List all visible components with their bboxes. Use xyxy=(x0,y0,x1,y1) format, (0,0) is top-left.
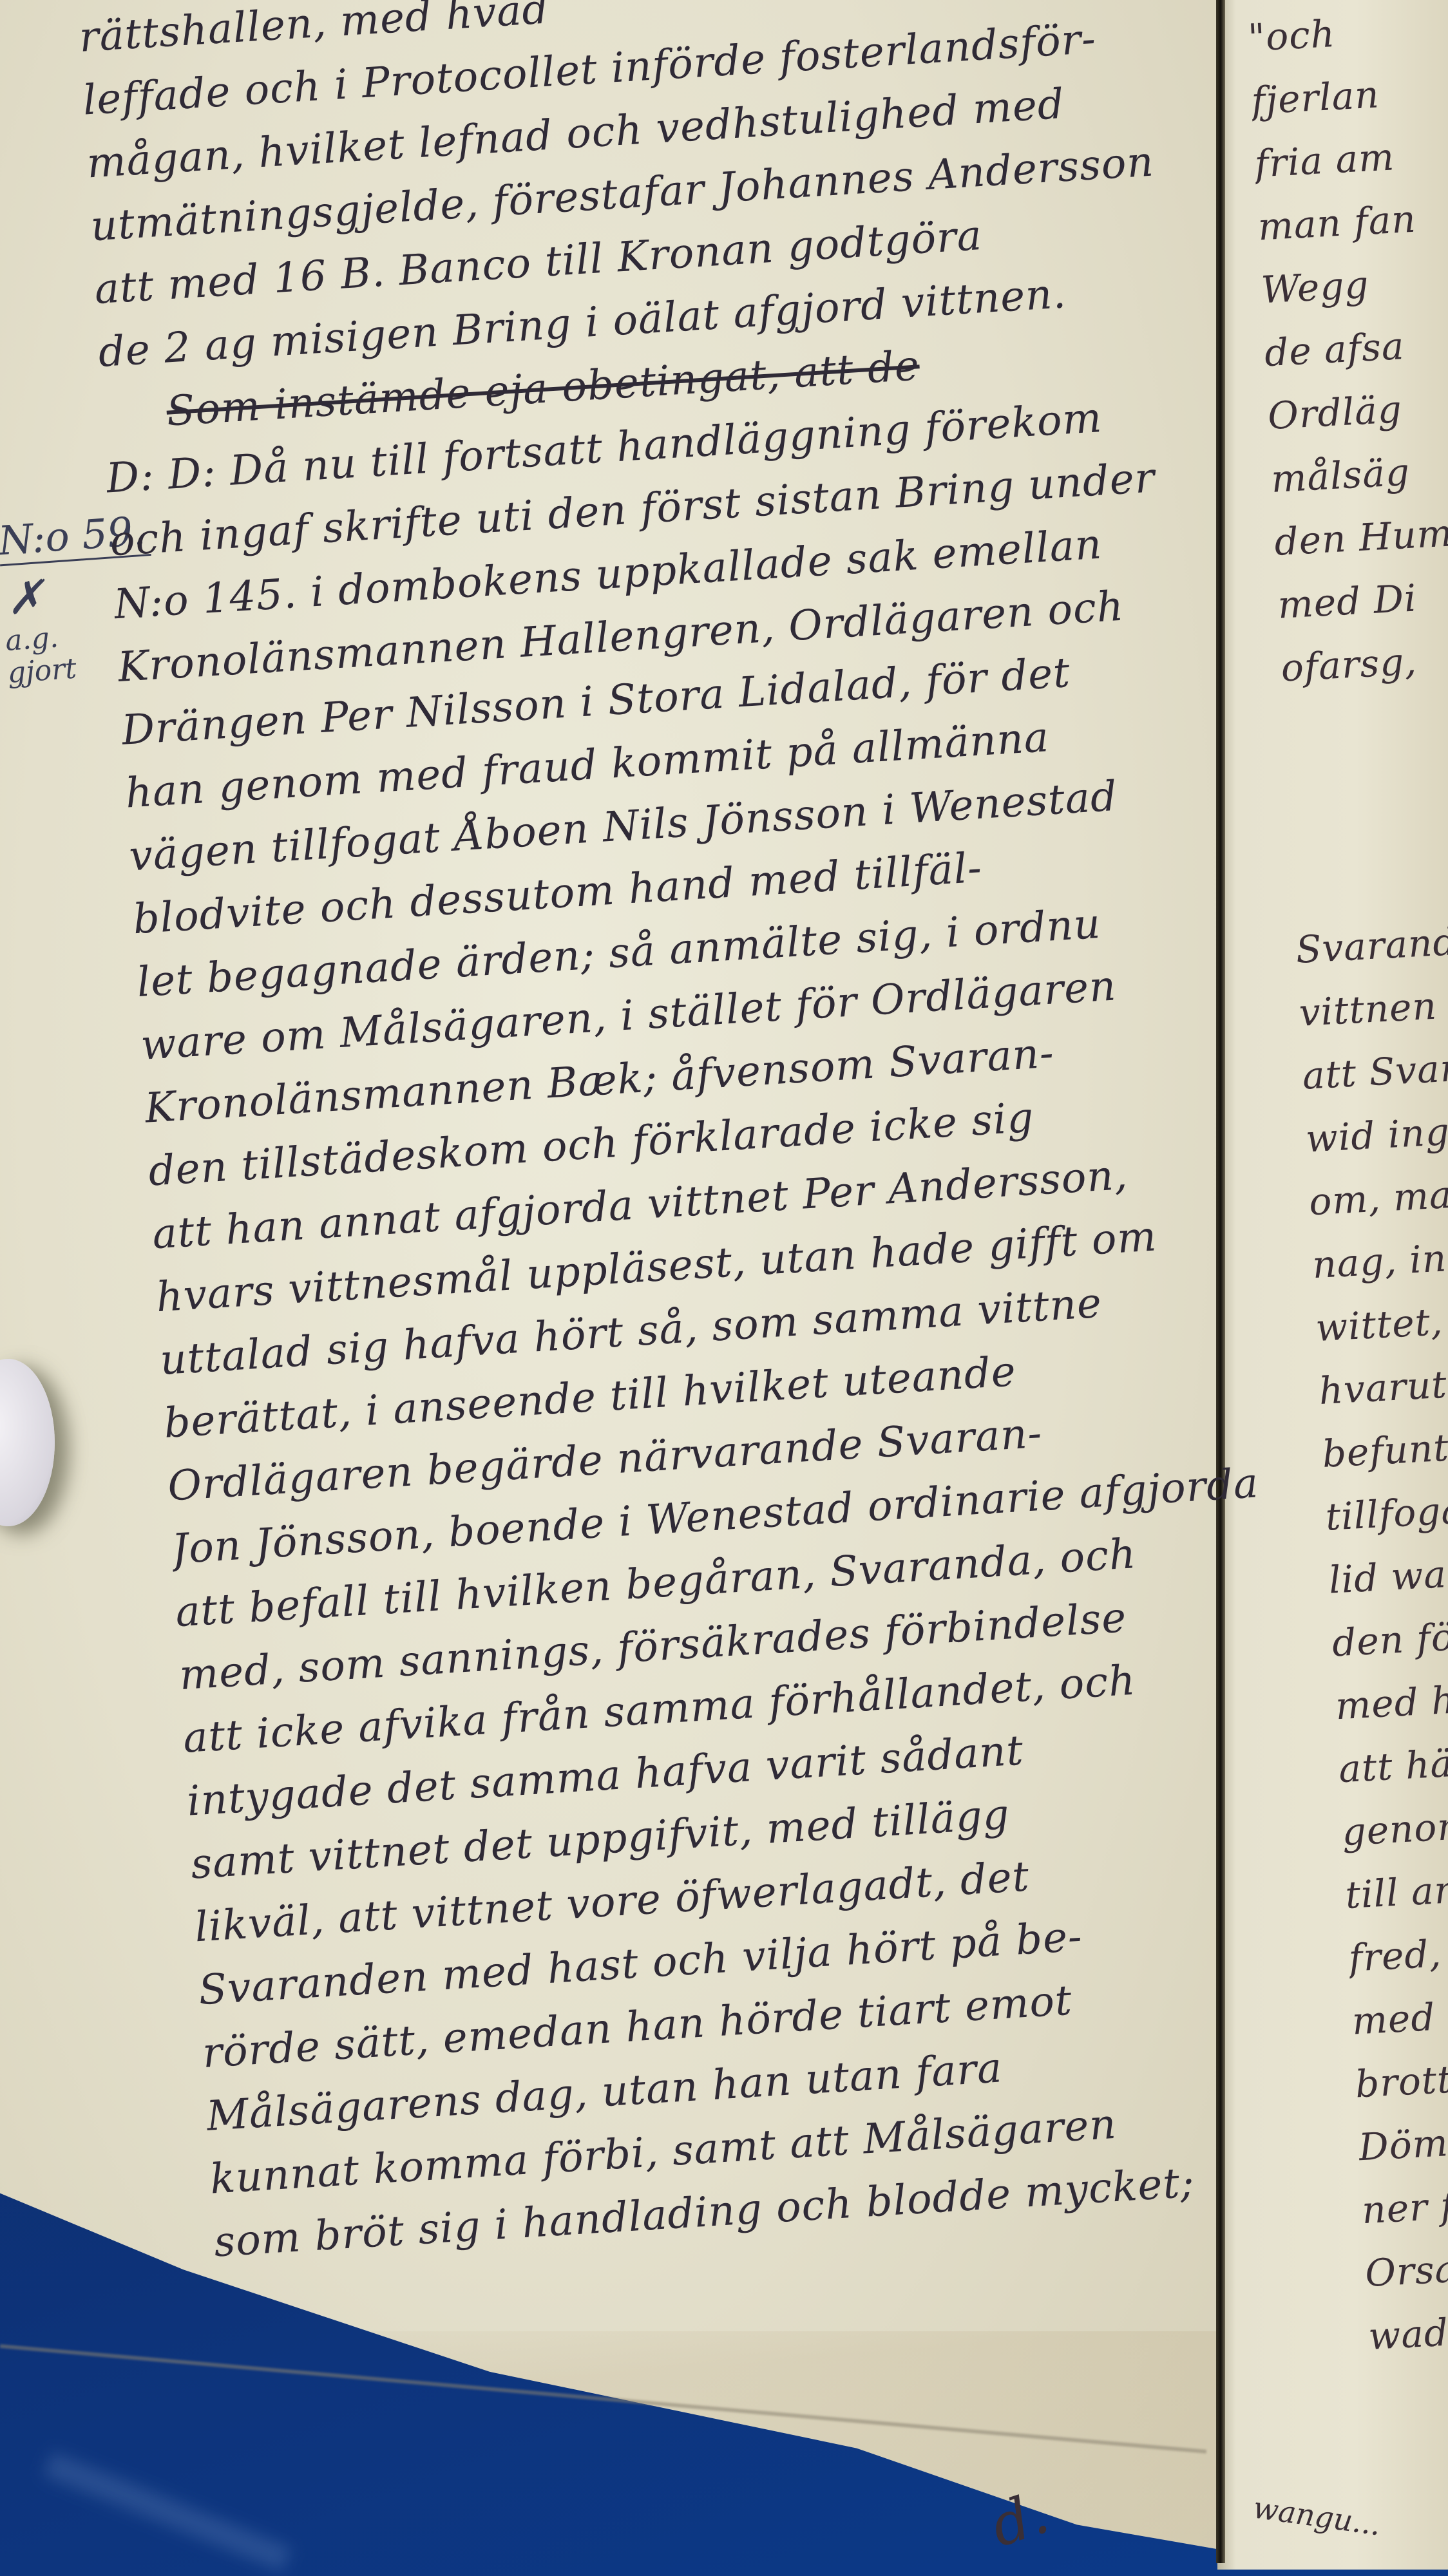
text-line: befunt xyxy=(1320,1412,1448,1486)
text-line: wittet, xyxy=(1314,1286,1448,1360)
text-line: till ansf xyxy=(1344,1853,1448,1927)
text-line: Ordläg xyxy=(1266,374,1448,448)
text-line: den Hum xyxy=(1273,500,1448,574)
text-line: ner för xyxy=(1360,2168,1448,2242)
text-line: att hälla xyxy=(1337,1727,1448,1801)
text-line: målsäg xyxy=(1270,437,1448,511)
text-line: man fan xyxy=(1256,185,1448,259)
text-line: ofarsg, xyxy=(1279,626,1448,700)
text-line: brott, i xyxy=(1354,2042,1448,2116)
text-line: den för xyxy=(1331,1601,1448,1675)
text-line: med hav xyxy=(1334,1664,1448,1738)
photo-scene: N:o 59. ✗ a.g. gjort rättshallen, med hv… xyxy=(0,0,1448,2576)
text-line: genom a xyxy=(1340,1790,1448,1864)
text-line: "och xyxy=(1246,0,1448,70)
text-line: nag, ingg xyxy=(1311,1223,1448,1297)
text-line: fjerlan xyxy=(1250,59,1448,133)
text-line: vittnen xyxy=(1297,971,1448,1045)
text-line: Svarand xyxy=(1294,907,1448,981)
text-line: lid wari xyxy=(1328,1538,1448,1612)
text-line: wid ingalund xyxy=(1304,1097,1448,1171)
text-line: fred, och xyxy=(1347,1916,1448,1990)
text-line: tillfoga xyxy=(1324,1475,1448,1549)
blue-cloth xyxy=(43,2452,292,2572)
text-line: med 21 xyxy=(1350,1979,1448,2053)
text-line: Wegg xyxy=(1260,248,1448,322)
right-page-gap xyxy=(1282,689,1448,918)
text-line: Orsa af xyxy=(1364,2231,1448,2305)
text-line: med Di xyxy=(1276,563,1448,637)
text-line: Dömde 10 xyxy=(1357,2105,1448,2179)
text-line: de afsa xyxy=(1263,311,1448,385)
text-line: wadang hill xyxy=(1367,2294,1448,2368)
text-line: hvaruti xyxy=(1317,1349,1448,1423)
text-line: fria am xyxy=(1253,122,1448,196)
text-line: om, mada xyxy=(1308,1160,1448,1234)
text-line: att Svar xyxy=(1300,1034,1448,1108)
left-page-text: rättshallen, med hvad leffade och i Prot… xyxy=(77,0,1348,2274)
